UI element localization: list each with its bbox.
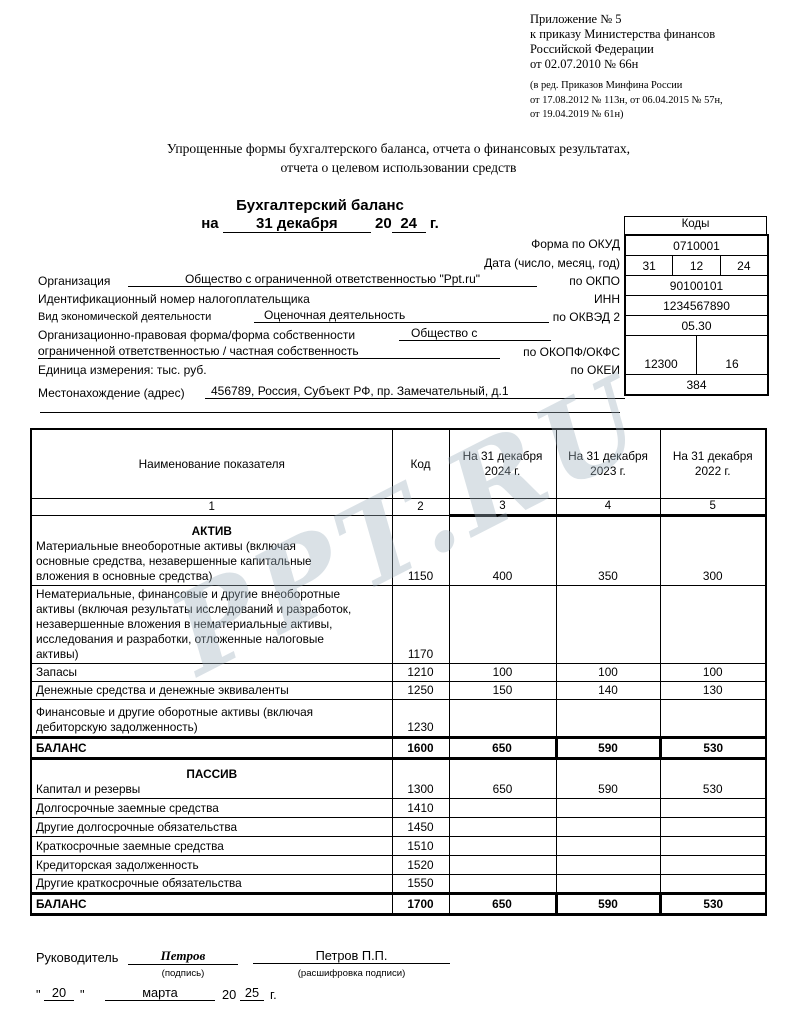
footer-year-suffix: г.	[270, 987, 277, 1002]
table-row-other-shortterm: Другие краткосрочные обязательства 1550	[31, 875, 766, 894]
okpo-code-cell: 90100101	[626, 275, 767, 295]
row-code: 1210	[392, 664, 449, 682]
row-value-2023: 100	[556, 664, 660, 682]
row-value-2023	[556, 818, 660, 837]
unit-label: Единица измерения: тыс. руб.	[38, 363, 207, 377]
appendix-note-line: от 17.08.2012 № 113н, от 06.04.2015 № 57…	[530, 94, 723, 109]
table-row-cash: Денежные средства и денежные эквиваленты…	[31, 682, 766, 700]
row-code: 1150	[392, 516, 449, 586]
section-label-aktiv: АКТИВ	[36, 524, 388, 539]
row-name: Капитал и резервы	[36, 782, 388, 797]
appendix-line: Приложение № 5	[530, 12, 723, 27]
row-value-2023: 590	[556, 759, 660, 799]
balance-table: Наименование показателя Код На 31 декабр…	[30, 428, 767, 916]
header-period-2023-line2: 2023 г.	[561, 464, 656, 479]
date-prefix: на	[201, 215, 218, 232]
row-value-2024: 650	[449, 759, 556, 799]
row-name: Денежные средства и денежные эквиваленты	[31, 682, 392, 700]
appendix-line: от 02.07.2010 № 66н	[530, 57, 723, 72]
table-row-assets-intangible: Нематериальные, финансовые и другие внео…	[31, 586, 766, 664]
day-close-quote: "	[80, 987, 85, 1002]
header-period-2022: На 31 декабря2022 г.	[660, 429, 766, 499]
row-code: 1520	[392, 856, 449, 875]
row-value-2022: 530	[660, 894, 766, 915]
row-value-2023: 590	[556, 738, 660, 759]
activity-value: Оценочная деятельность	[254, 308, 549, 323]
col-number: 3	[449, 499, 556, 516]
row-name: БАЛАНС	[31, 738, 392, 759]
row-name: БАЛАНС	[31, 894, 392, 915]
row-value-2022	[660, 700, 766, 738]
inn-code-cell: 1234567890	[626, 295, 767, 315]
table-row-payables: Кредиторская задолженность 1520	[31, 856, 766, 875]
okud-label: Форма по ОКУД	[531, 237, 620, 251]
row-value-2022: 100	[660, 664, 766, 682]
row-value-2023: 140	[556, 682, 660, 700]
column-number-row: 1 2 3 4 5	[31, 499, 766, 516]
row-value-2022	[660, 818, 766, 837]
appendix-note-line: от 19.04.2019 № 61н)	[530, 108, 723, 123]
year-suffix: г.	[430, 215, 439, 232]
okved-label: по ОКВЭД 2	[553, 310, 620, 324]
row-name: Кредиторская задолженность	[31, 856, 392, 875]
row-value-2024: 100	[449, 664, 556, 682]
col-number: 5	[660, 499, 766, 516]
row-value-2024	[449, 700, 556, 738]
okopf-okfs-row: 12300 16	[626, 335, 767, 374]
appendix-note-line: (в ред. Приказов Минфина России	[530, 79, 723, 94]
header-indicator-name: Наименование показателя	[31, 429, 392, 499]
row-value-2023: 590	[556, 894, 660, 915]
row-value-2022: 530	[660, 759, 766, 799]
row-value-2022	[660, 837, 766, 856]
row-value-2024	[449, 837, 556, 856]
row-name: Долгосрочные заемные средства	[31, 799, 392, 818]
codes-box: 0710001 31 12 24 90100101 1234567890 05.…	[624, 234, 769, 396]
header-period-2022-line2: 2022 г.	[665, 464, 762, 479]
section-label-passiv: ПАССИВ	[36, 767, 388, 782]
signature-name-caption: (расшифровка подписи)	[253, 968, 450, 979]
header-code: Код	[392, 429, 449, 499]
table-row-inventory: Запасы 1210 100 100 100	[31, 664, 766, 682]
row-value-2022	[660, 875, 766, 894]
row-value-2023	[556, 586, 660, 664]
okei-label: по ОКЕИ	[571, 363, 620, 377]
table-row-other-longterm: Другие долгосрочные обязательства 1450	[31, 818, 766, 837]
year-prefix: 20	[375, 215, 392, 232]
row-code: 1250	[392, 682, 449, 700]
legal-form-label: Организационно-правовая форма/форма собс…	[38, 328, 355, 342]
row-value-2023	[556, 837, 660, 856]
row-code: 1410	[392, 799, 449, 818]
codes-box-header: Коды	[624, 216, 767, 235]
organization-label: Организация	[38, 274, 110, 288]
row-name: Другие долгосрочные обязательства	[31, 818, 392, 837]
appendix-line: Российской Федерации	[530, 42, 723, 57]
row-code: 1450	[392, 818, 449, 837]
row-value-2022	[660, 586, 766, 664]
row-value-2024	[449, 586, 556, 664]
signature-name: Петров П.П.	[253, 948, 450, 964]
row-value-2022	[660, 799, 766, 818]
row-code: 1700	[392, 894, 449, 915]
report-year-value: 24	[392, 215, 426, 233]
header-period-2024: На 31 декабря2024 г.	[449, 429, 556, 499]
date-day-cell: 31	[626, 256, 672, 275]
footer-year-prefix: 20	[222, 987, 236, 1002]
row-value-2024	[449, 856, 556, 875]
form-set-title-line2: отчета о целевом использовании средств	[0, 158, 797, 177]
table-row-capital: ПАССИВ Капитал и резервы 1300 650 590 53…	[31, 759, 766, 799]
row-value-2023: 350	[556, 516, 660, 586]
header-period-2024-line1: На 31 декабря	[454, 449, 552, 464]
header-period-2022-line1: На 31 декабря	[665, 449, 762, 464]
table-row-longterm-loans: Долгосрочные заемные средства 1410	[31, 799, 766, 818]
row-code: 1230	[392, 700, 449, 738]
row-value-2023	[556, 799, 660, 818]
table-row-financial-current-assets: Финансовые и другие оборотные активы (вк…	[31, 700, 766, 738]
row-value-2024: 400	[449, 516, 556, 586]
row-value-2024: 650	[449, 894, 556, 915]
legal-form-value-line1: Общество с	[399, 326, 551, 341]
row-value-2024	[449, 818, 556, 837]
col-number: 1	[31, 499, 392, 516]
okopf-code-cell: 12300	[626, 336, 696, 374]
activity-label: Вид экономической деятельности	[38, 311, 211, 323]
table-row-balance-liabilities: БАЛАНС 1700 650 590 530	[31, 894, 766, 915]
okopf-label: по ОКОПФ/ОКФС	[523, 345, 620, 359]
row-value-2024	[449, 875, 556, 894]
row-value-2024: 150	[449, 682, 556, 700]
day-open-quote: "	[36, 987, 41, 1002]
document-title: Бухгалтерский баланс	[140, 197, 500, 214]
row-code: 1550	[392, 875, 449, 894]
row-name: Финансовые и другие оборотные активы (вк…	[36, 705, 388, 735]
form-set-title: Упрощенные формы бухгалтерского баланса,…	[0, 139, 797, 177]
row-value-2022	[660, 856, 766, 875]
inn-code-label: ИНН	[594, 292, 620, 306]
col-number: 2	[392, 499, 449, 516]
row-name: Другие краткосрочные обязательства	[31, 875, 392, 894]
row-value-2023	[556, 875, 660, 894]
okei-code-cell: 384	[626, 374, 767, 394]
month-value: марта	[105, 985, 215, 1001]
row-code: 1510	[392, 837, 449, 856]
report-date-line: на 31 декабря 2024 г.	[140, 215, 500, 233]
row-value-2022: 300	[660, 516, 766, 586]
signature-caption: (подпись)	[128, 968, 238, 979]
row-name: Краткосрочные заемные средства	[31, 837, 392, 856]
row-name: Запасы	[31, 664, 392, 682]
address-continuation-line	[40, 396, 620, 413]
report-date-value: 31 декабря	[223, 215, 371, 233]
date-code-row: 31 12 24	[626, 255, 767, 275]
row-code: 1600	[392, 738, 449, 759]
table-row-assets-tangible: АКТИВ Материальные внеоборотные активы (…	[31, 516, 766, 586]
header-period-2024-line2: 2024 г.	[454, 464, 552, 479]
signature-value: Петров	[128, 948, 238, 965]
row-value-2022: 530	[660, 738, 766, 759]
date-code-label: Дата (число, месяц, год)	[484, 256, 620, 270]
appendix-block: Приложение № 5 к приказу Министерства фи…	[530, 12, 723, 123]
row-value-2024	[449, 799, 556, 818]
header-period-2023-line1: На 31 декабря	[561, 449, 656, 464]
row-value-2024: 650	[449, 738, 556, 759]
table-row-shortterm-loans: Краткосрочные заемные средства 1510	[31, 837, 766, 856]
organization-value: Общество с ограниченной ответственностью…	[128, 272, 537, 287]
table-header-row: Наименование показателя Код На 31 декабр…	[31, 429, 766, 499]
row-code: 1170	[392, 586, 449, 664]
appendix-line: к приказу Министерства финансов	[530, 27, 723, 42]
date-year-cell: 24	[720, 256, 767, 275]
row-value-2023	[556, 856, 660, 875]
row-code: 1300	[392, 759, 449, 799]
row-name: Материальные внеоборотные активы (включа…	[36, 539, 388, 584]
table-row-balance-assets: БАЛАНС 1600 650 590 530	[31, 738, 766, 759]
head-label: Руководитель	[36, 950, 118, 965]
footer-year-value: 25	[240, 985, 264, 1001]
form-set-title-line1: Упрощенные формы бухгалтерского баланса,…	[0, 139, 797, 158]
okfs-code-cell: 16	[696, 336, 767, 374]
col-number: 4	[556, 499, 660, 516]
row-value-2023	[556, 700, 660, 738]
row-value-2022: 130	[660, 682, 766, 700]
legal-form-value-line2: ограниченной ответственностью / частная …	[38, 344, 500, 359]
header-period-2023: На 31 декабря2023 г.	[556, 429, 660, 499]
inn-label: Идентификационный номер налогоплательщик…	[38, 292, 310, 306]
okpo-label: по ОКПО	[569, 274, 620, 288]
row-name: Нематериальные, финансовые и другие внео…	[36, 587, 388, 662]
day-value: 20	[44, 985, 74, 1001]
okud-code-cell: 0710001	[626, 236, 767, 255]
okved-code-cell: 05.30	[626, 315, 767, 335]
date-month-cell: 12	[672, 256, 719, 275]
document-page: Приложение № 5 к приказу Министерства фи…	[0, 0, 797, 1025]
